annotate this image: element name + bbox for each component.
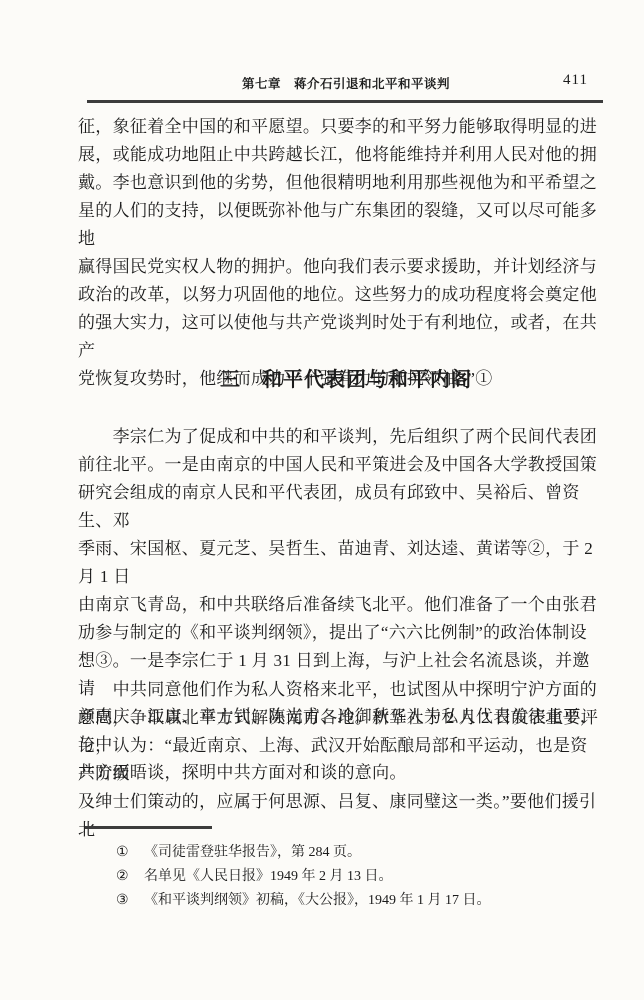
footnote-separator-rule (85, 826, 212, 829)
footnote-marker-1: ① (116, 841, 144, 865)
section-heading: 三 和平代表团与和平内阁 (88, 366, 604, 394)
footnote-marker-3: ③ (116, 889, 144, 913)
footnote-row: ③ 《和平谈判纲领》初稿，《大公报》，1949 年 1 月 17 日。 (116, 889, 586, 913)
footnote-text-2: 名单见《人民日报》1949 年 2 月 13 日。 (144, 865, 393, 889)
running-header-chapter-title: 第七章 蒋介石引退和北平和平谈判 (88, 74, 604, 92)
footnote-text-1: 《司徒雷登驻华报告》，第 284 页。 (144, 841, 361, 865)
footnote-marker-2: ② (116, 865, 144, 889)
footnote-row: ② 名单见《人民日报》1949 年 2 月 13 日。 (116, 865, 586, 889)
header-rule (87, 100, 603, 103)
paragraph-3: 中共同意他们作为私人资格来北平，也试图从中探明宁沪方面的 意向，争取以北平方式解… (78, 676, 602, 844)
footnote-row: ① 《司徒雷登驻华报告》，第 284 页。 (116, 841, 586, 865)
paragraph-1: 征，象征着全中国的和平愿望。只要李的和平努力能够取得明显的进 展，或能成功地阻止… (78, 113, 602, 393)
footnotes-block: ① 《司徒雷登驻华报告》，第 284 页。 ② 名单见《人民日报》1949 年 … (116, 841, 586, 913)
book-page: 第七章 蒋介石引退和北平和平谈判 411 征，象征着全中国的和平愿望。只要李的和… (0, 0, 644, 1000)
page-number: 411 (563, 72, 588, 89)
footnote-text-3: 《和平谈判纲领》初稿，《大公报》，1949 年 1 月 17 日。 (144, 889, 491, 913)
